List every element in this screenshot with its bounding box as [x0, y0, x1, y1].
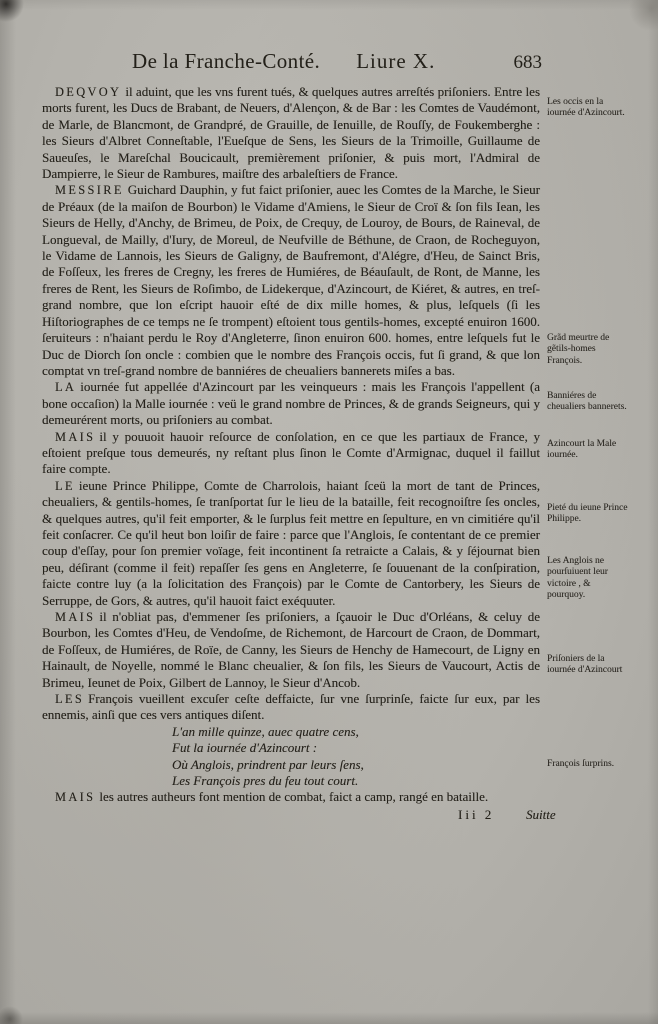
paragraph-text: François vueillent excuſer ceſte deffaic… [42, 691, 540, 722]
paragraph-lead: DEQVOY [55, 85, 121, 99]
paragraph: MAISles autres autheurs font mention de … [42, 789, 540, 805]
paragraph: MAISil y pouuoit hauoir reſource de conſ… [42, 429, 540, 478]
page-number: 683 [514, 52, 543, 74]
paragraph-lead: MAIS [55, 790, 95, 804]
verse-line: L'an mille quinze, auec quatre cens, [172, 724, 540, 740]
margin-note: Priſoniers de la iournée d'Azincourt [547, 654, 628, 677]
paragraph-text: iournée fut appellée d'Azincourt par les… [42, 379, 540, 427]
running-title: De la Franche-Conté. [132, 49, 320, 74]
footer-row: Iii 2 Suitte [42, 807, 540, 827]
signature-mark: Iii 2 [458, 807, 494, 823]
text-column: DEQVOYil aduint, que les vns furent tués… [42, 84, 540, 827]
paragraph-lead: MAIS [55, 610, 95, 624]
margin-note: Grãd meurtre de gẽtils-homes François. [547, 333, 628, 367]
paragraph-lead: LA [55, 380, 76, 394]
paragraph: LEieune Prince Philippe, Comte de Charro… [42, 478, 540, 609]
verse-line: Où Anglois, prindrent par leurs ſens, [172, 757, 540, 773]
paragraph-lead: MESSIRE [55, 183, 124, 197]
book-page: De la Franche-Conté. Liure X. 683 DEQVOY… [0, 0, 658, 1024]
paragraph-text: Guichard Dauphin, y fut faict priſonier,… [42, 182, 540, 377]
paragraph: LAiournée fut appellée d'Azincourt par l… [42, 379, 540, 428]
paragraph: LESFrançois vueillent excuſer ceſte deff… [42, 691, 540, 724]
margin-note: Les Anglois ne pourſuiuent leur victoire… [547, 556, 628, 601]
paragraph: DEQVOYil aduint, que les vns furent tués… [42, 84, 540, 182]
margin-note: François ſurprins. [547, 759, 628, 770]
paragraph-lead: LES [55, 692, 84, 706]
catchword: Suitte [526, 807, 556, 823]
verse-block: L'an mille quinze, auec quatre cens, Fut… [42, 724, 540, 790]
paragraph-text: il y pouuoit hauoir reſource de conſolat… [42, 429, 540, 477]
paragraph: MAISil n'obliat pas, d'emmener ſes priſo… [42, 609, 540, 691]
margin-note: Banniéres de cheualiers bannerets. [547, 391, 628, 414]
paragraph-lead: MAIS [55, 430, 95, 444]
margin-note: Les occis en la iournée d'Azincourt. [547, 97, 628, 120]
page-header: De la Franche-Conté. Liure X. 683 [42, 49, 542, 74]
verse-line: Fut la iournée d'Azincourt : [172, 740, 540, 756]
book-title: Liure X. [356, 49, 435, 74]
paragraph-text: il n'obliat pas, d'emmener ſes priſonier… [42, 609, 540, 690]
verse-line: Les François pres du feu tout court. [172, 773, 540, 789]
paragraph: MESSIREGuichard Dauphin, y fut faict pri… [42, 182, 540, 379]
paragraph-text: les autres autheurs font mention de comb… [99, 789, 488, 804]
margin-note: Pieté du ieune Prince Philippe. [547, 503, 628, 526]
paragraph-lead: LE [55, 479, 75, 493]
margin-note: Azincourt la Male iournée. [547, 439, 628, 462]
paragraph-text: ieune Prince Philippe, Comte de Charrolo… [42, 478, 540, 608]
